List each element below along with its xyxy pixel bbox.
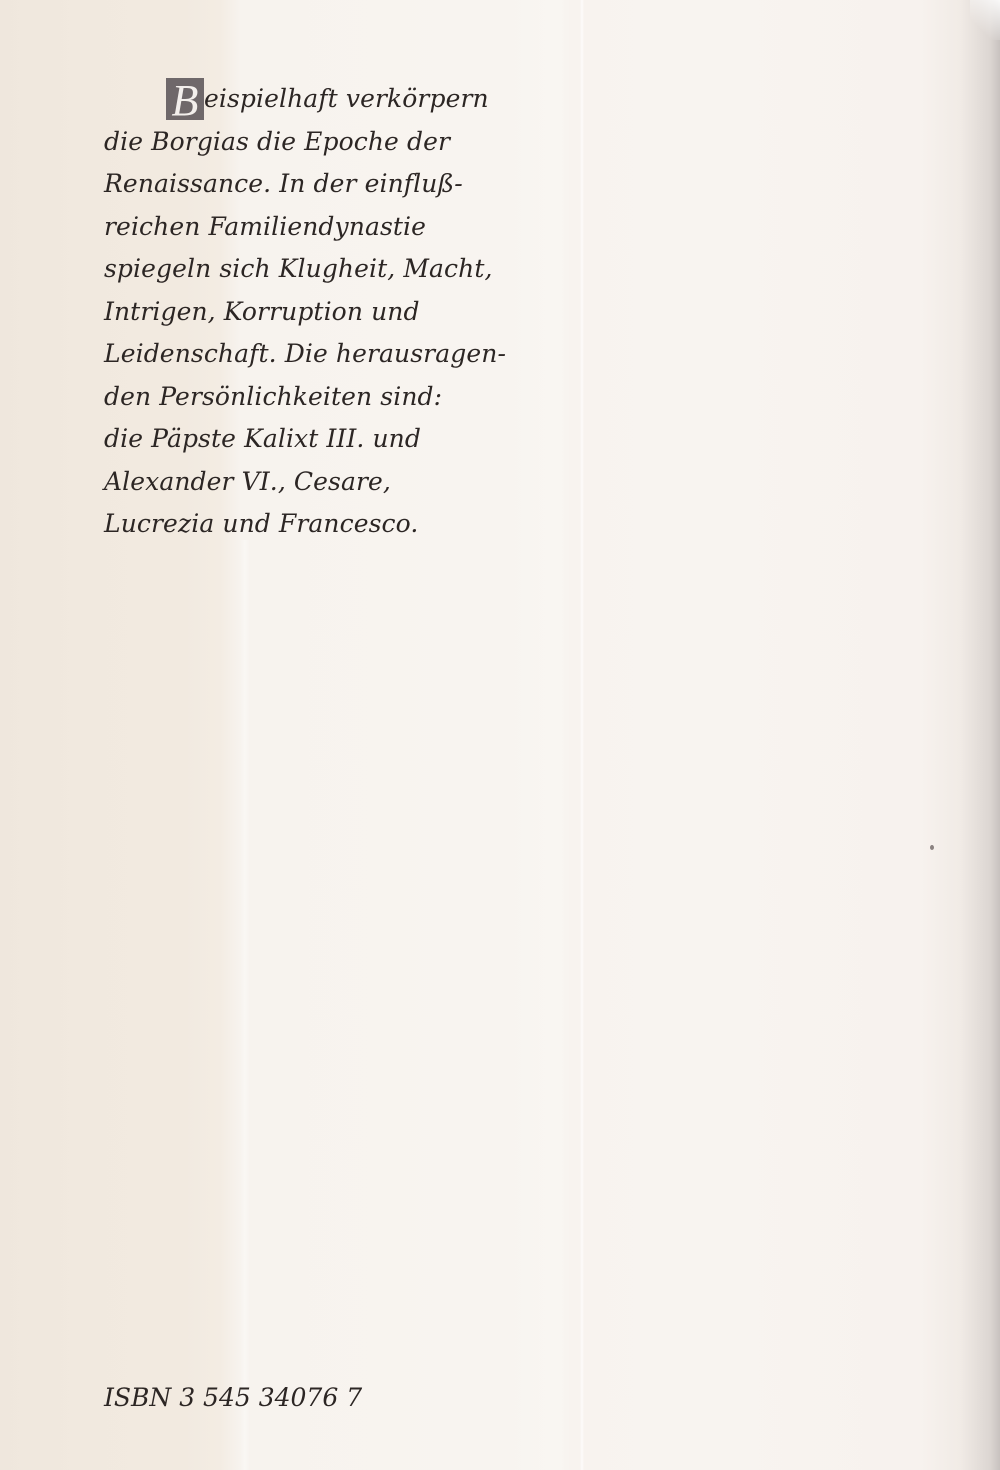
blurb-line-10: Alexander VI., Cesare,	[104, 461, 524, 504]
blurb-line-11: Lucrezia und Francesco.	[104, 503, 524, 546]
drop-cap-initial: B	[166, 78, 204, 120]
blurb-line-4: reichen Familiendynastie	[104, 206, 524, 249]
isbn-number: ISBN 3 545 34076 7	[104, 1378, 362, 1418]
film-corner-reflection	[970, 0, 1000, 40]
blurb-line-8: den Persönlichkeiten sind:	[104, 376, 524, 419]
blurb-line-2: die Borgias die Epoche der	[104, 121, 524, 164]
paper-speck	[930, 845, 934, 850]
blurb-line-text: eispielhaft verkörpern	[204, 84, 489, 113]
blurb-line-1: B eispielhaft verkörpern	[104, 78, 524, 121]
blurb-line-3: Renaissance. In der einfluß-	[104, 163, 524, 206]
blurb-line-6: Intrigen, Korruption und	[104, 291, 524, 334]
blurb-line-5: spiegeln sich Klugheit, Macht,	[104, 248, 524, 291]
blurb-text: B eispielhaft verkörpern die Borgias die…	[104, 78, 524, 546]
book-back-cover: B eispielhaft verkörpern die Borgias die…	[0, 0, 1000, 1470]
blurb-line-7: Leidenschaft. Die herausragen-	[104, 333, 524, 376]
cover-fold-line	[580, 0, 584, 1470]
blurb-line-9: die Päpste Kalixt III. und	[104, 418, 524, 461]
